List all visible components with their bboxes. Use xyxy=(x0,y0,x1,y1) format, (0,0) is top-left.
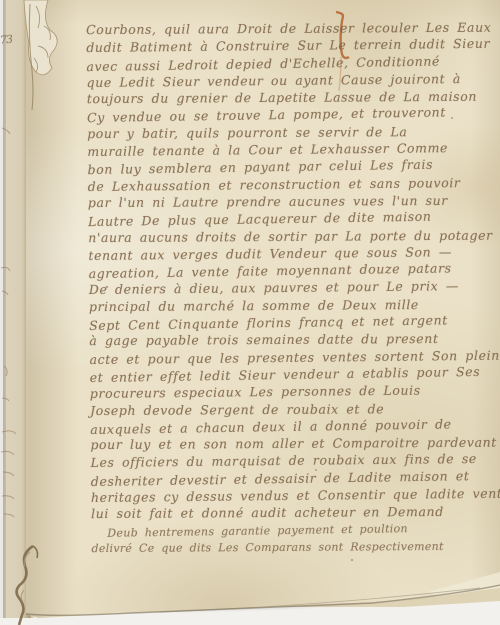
manuscript-line: delivré Ce que dits Les Comparans sont R… xyxy=(91,537,500,557)
manuscript-text: Courbons, quil aura Droit de Laisser lec… xyxy=(86,18,500,558)
scanned-manuscript-page: 73 Courbons, quil aura Droit de Laisser … xyxy=(0,0,500,625)
folio-number: 73 xyxy=(0,32,17,47)
